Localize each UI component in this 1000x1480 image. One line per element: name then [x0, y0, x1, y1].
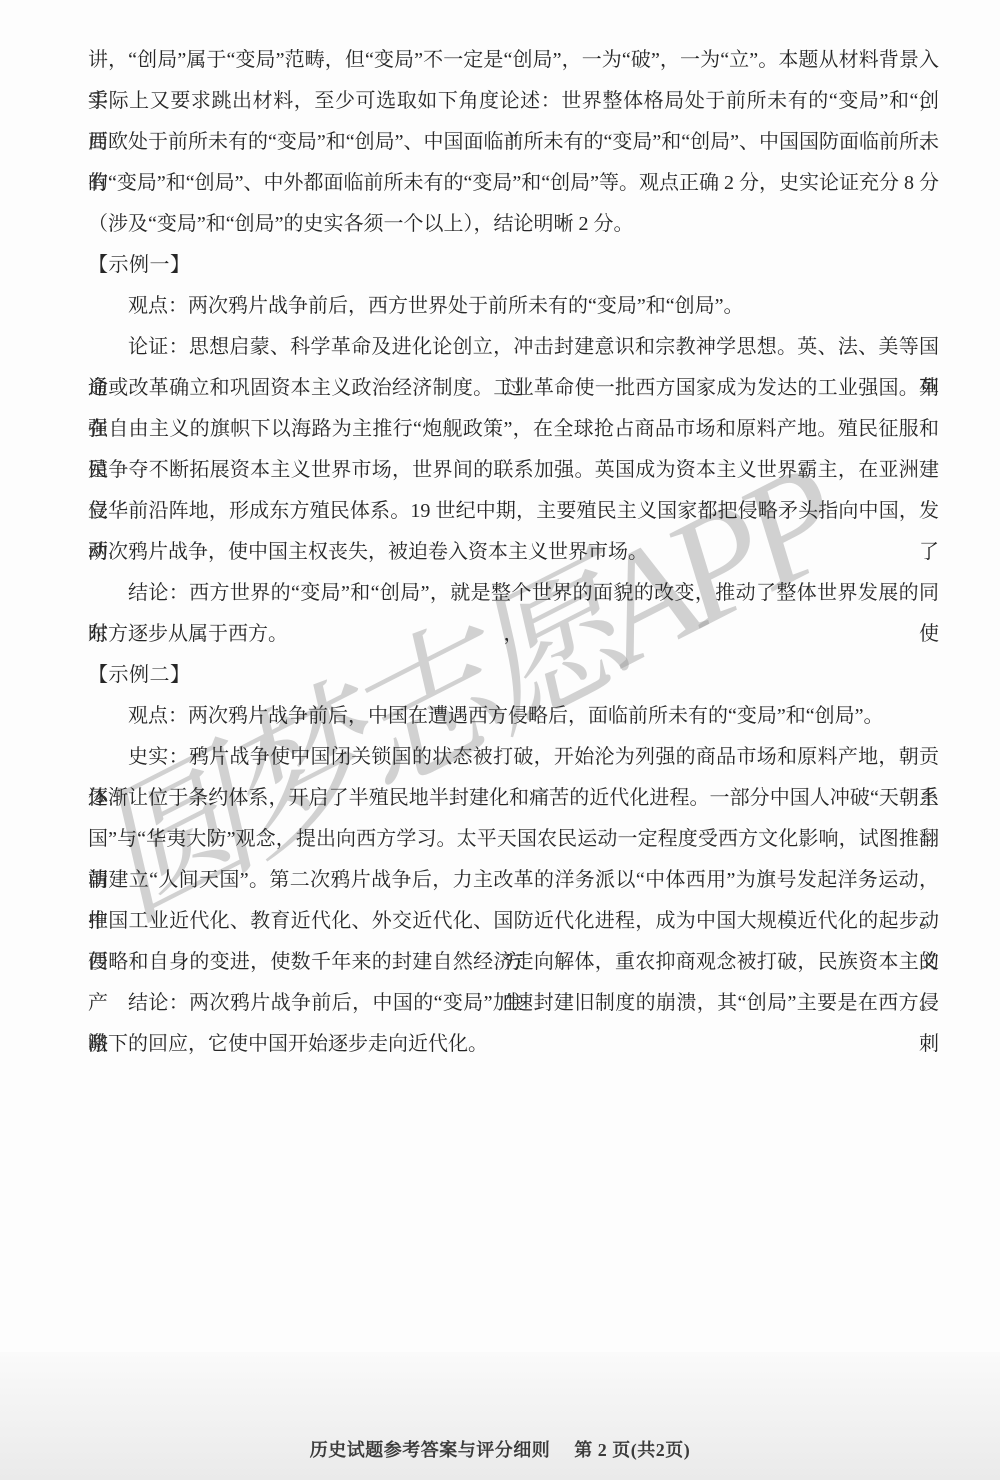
text-line: （涉及“变局”和“创局”的史实各须一个以上），结论明晰 2 分。	[88, 204, 939, 245]
example2-viewpoint: 观点：两次鸦片战争前后，中国在遭遇西方侵略后，面临前所未有的“变局”和“创局”。	[88, 696, 939, 737]
text-line: 逐渐让位于条约体系，开启了半殖民地半封建化和痛苦的近代化进程。一部分中国人冲破“…	[88, 778, 939, 819]
answer-text-block: 讲，“创局”属于“变局”范畴，但“变局”不一定是“创局”，一为“破”，一为“立”…	[88, 40, 939, 1065]
text-line: 实际上又要求跳出材料，至少可选取如下角度论述：世界整体格局处于前所未有的“变局”…	[88, 81, 939, 122]
page-footer: 历史试题参考答案与评分细则第 2 页(共2页)	[0, 1436, 1000, 1462]
text-line: 侵略和自身的变进，使数千年来的封建自然经济走向解体，重农抑商观念被打破，民族资本…	[88, 942, 939, 983]
example1-viewpoint: 观点：两次鸦片战争前后，西方世界处于前所未有的“变局”和“创局”。	[88, 286, 939, 327]
example1-header: 【示例一】	[88, 245, 939, 286]
text-line: 在自由主义的旗帜下以海路为主推行“炮舰政策”，在全球抢占商品市场和原料产地。殖民…	[88, 409, 939, 450]
text-line: 的“变局”和“创局”、中外都面临前所未有的“变局”和“创局”等。观点正确 2 分…	[88, 163, 939, 204]
text-line: 国”与“华夷大防”观念，提出向西方学习。太平天国农民运动一定程度受西方文化影响，…	[88, 819, 939, 860]
text-line: 朝建立“人间天国”。第二次鸦片战争后，力主改革的洋务派以“中体西用”为旗号发起洋…	[88, 860, 939, 901]
text-line: 民争夺不断拓展资本主义世界市场，世界间的联系加强。英国成为资本主义世界霸主，在亚…	[88, 450, 939, 491]
text-line: 命或改革确立和巩固资本主义政治经济制度。工业革命使一批西方国家成为发达的工业强国…	[88, 368, 939, 409]
text-line: 西欧处于前所未有的“变局”和“创局”、中国面临前所未有的“变局”和“创局”、中国…	[88, 122, 939, 163]
text-line: 结论：西方世界的“变局”和“创局”，就是整个世界的面貌的改变，推动了整体世界发展…	[88, 573, 939, 614]
text-line: 讲，“创局”属于“变局”范畴，但“变局”不一定是“创局”，一为“破”，一为“立”…	[88, 40, 939, 81]
text-line: 论证：思想启蒙、科学革命及进化论创立，冲击封建意识和宗教神学思想。英、法、美等国…	[88, 327, 939, 368]
footer-doc-title: 历史试题参考答案与评分细则	[310, 1440, 551, 1460]
text-line: 结论：两次鸦片战争前后，中国的“变局”加速封建旧制度的崩溃，其“创局”主要是在西…	[88, 983, 939, 1024]
scanned-answer-sheet-page: 圆梦志愿APP 讲，“创局”属于“变局”范畴，但“变局”不一定是“创局”，一为“…	[0, 0, 1000, 1480]
text-line: 中国工业近代化、教育近代化、外交近代化、国防近代化进程，成为中国大规模近代化的起…	[88, 901, 939, 942]
example2-header: 【示例二】	[88, 655, 939, 696]
text-line: 侵华前沿阵地，形成东方殖民体系。19 世纪中期，主要殖民主义国家都把侵略矛头指向…	[88, 491, 939, 532]
footer-page-number: 第 2 页(共2页)	[574, 1440, 690, 1460]
text-line: 史实：鸦片战争使中国闭关锁国的状态被打破，开始沦为列强的商品市场和原料产地，朝贡…	[88, 737, 939, 778]
